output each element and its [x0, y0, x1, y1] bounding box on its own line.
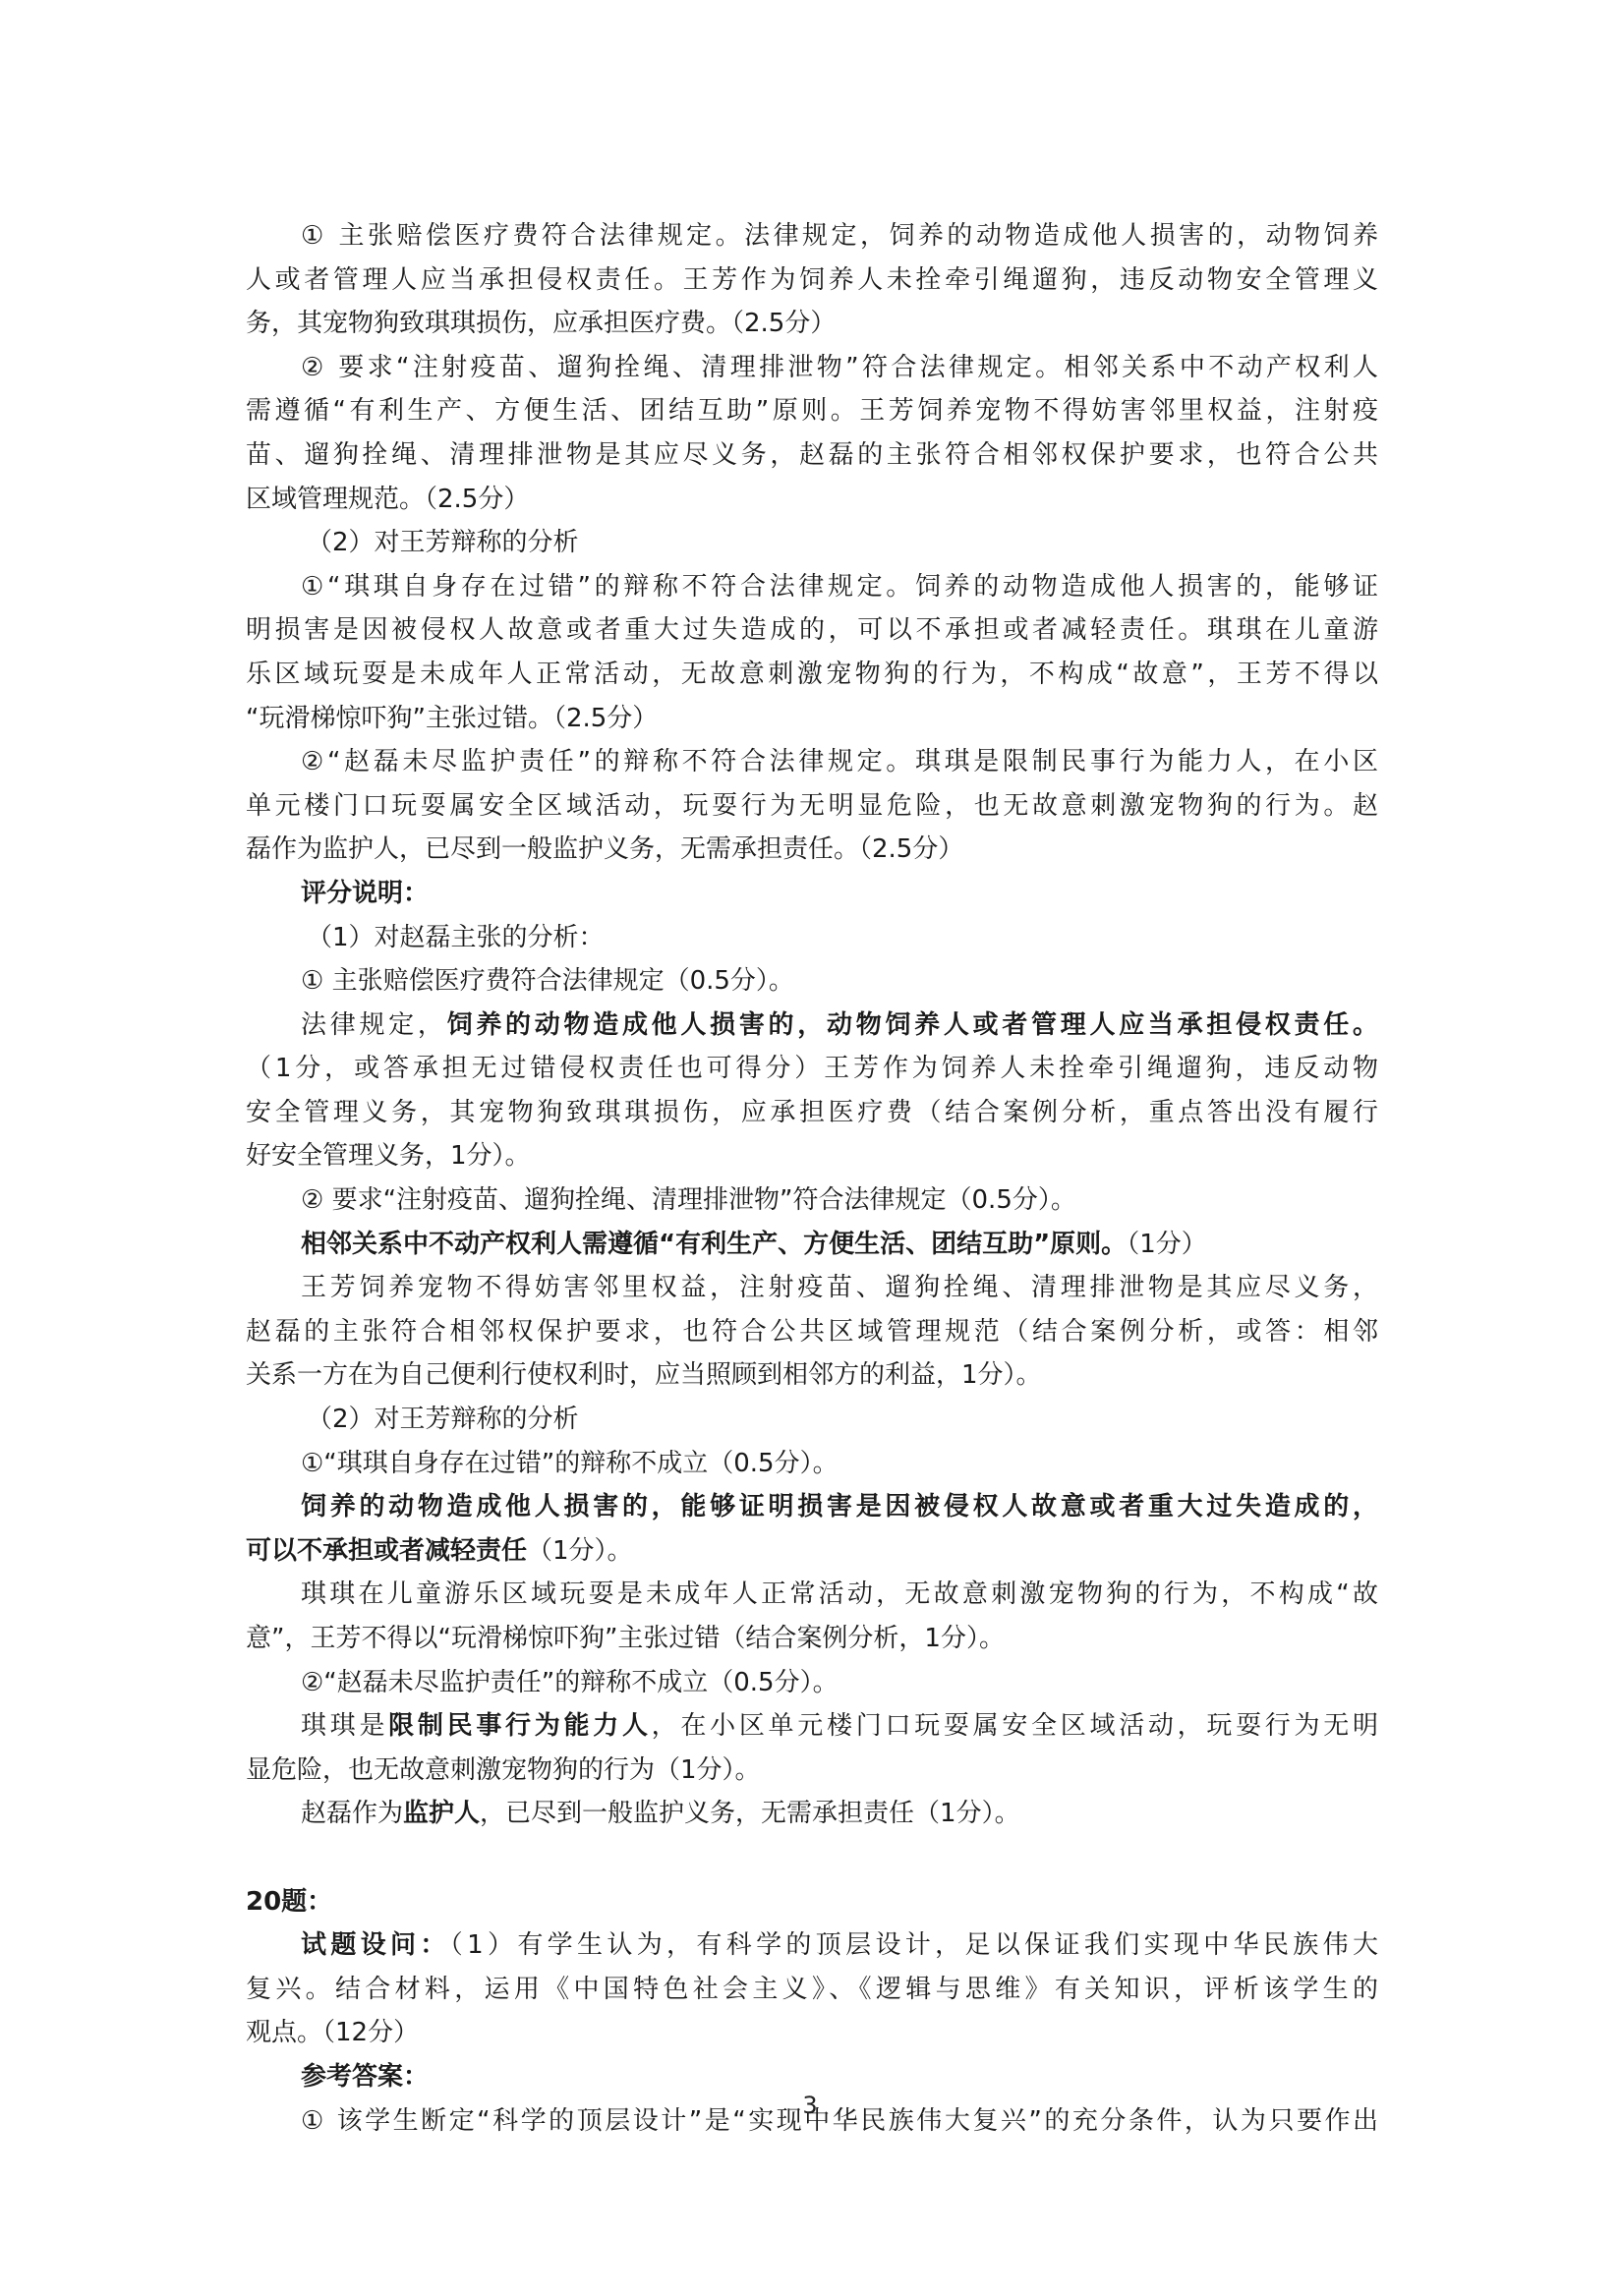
- answer-paragraph-2: ② 要求“注射疫苗、遛狗拴绳、清理排泄物”符合法律规定。相邻关系中不动产权利人 …: [246, 346, 1378, 521]
- text-line: ②“赵磊未尽监护责任”的辩称不符合法律规定。琪琪是限制民事行为能力人，在小区: [246, 740, 1378, 784]
- text-line: 王芳饲养宠物不得妨害邻里权益，注射疫苗、遛狗拴绳、清理排泄物是其应尽义务，: [246, 1266, 1378, 1310]
- text-line: ② 要求“注射疫苗、遛狗拴绳、清理排泄物”符合法律规定。相邻关系中不动产权利人: [246, 346, 1378, 390]
- text-span: ，已尽到一般监护义务，无需承担责任（1分）。: [480, 1799, 1020, 1828]
- page-number: 3: [0, 2092, 1620, 2119]
- prompt-label: 试题设问：: [301, 1930, 450, 1960]
- question-prompt: 试题设问：（1）有学生认为，有科学的顶层设计，足以保证我们实现中华民族伟大: [246, 1923, 1378, 1968]
- score-text: （1分）。: [527, 1536, 633, 1566]
- key-point-bold: 饲养的动物造成他人损害的，动物饲养人或者管理人应当承担侵权责任。: [447, 1010, 1378, 1040]
- document-page: ① 主张赔偿医疗费符合法律规定。法律规定，饲养的动物造成他人损害的，动物饲养 人…: [0, 0, 1620, 2296]
- spacer: [246, 1836, 1378, 1880]
- text-line: 安全管理义务，其宠物狗致琪琪损伤，应承担医疗费（结合案例分析，重点答出没有履行: [246, 1091, 1378, 1135]
- score-text: （1分）: [1127, 1230, 1207, 1259]
- text-line: 复兴。结合材料，运用《中国特色社会主义》、《逻辑与思维》有关知识，评析该学生的: [246, 1968, 1378, 2012]
- text-line: 需遵循“有利生产、方便生活、团结互助”原则。王芳饲养宠物不得妨害邻里权益，注射疫: [246, 389, 1378, 433]
- scoring-item: 琪琪是限制民事行为能力人，在小区单元楼门口玩耍属安全区域活动，玩耍行为无明: [246, 1704, 1378, 1749]
- text-line: （1分，或答承担无过错侵权责任也可得分）王芳作为饲养人未拴牵引绳遛狗，违反动物: [246, 1047, 1378, 1091]
- scoring-item: 赵磊作为监护人，已尽到一般监护义务，无需承担责任（1分）。: [246, 1792, 1378, 1836]
- section-heading: （2）对王芳辩称的分析: [246, 521, 1378, 565]
- text-line: 区域管理规范。（2.5分）: [246, 478, 1378, 522]
- scoring-item: ② 要求“注射疫苗、遛狗拴绳、清理排泄物”符合法律规定（0.5分）。: [246, 1178, 1378, 1223]
- key-point-bold: 监护人: [403, 1799, 480, 1828]
- text-span: ，在小区单元楼门口玩耍属安全区域活动，玩耍行为无明: [652, 1711, 1378, 1741]
- text-line: 观点。（12分）: [246, 2011, 1378, 2055]
- answer-paragraph-1: ① 主张赔偿医疗费符合法律规定。法律规定，饲养的动物造成他人损害的，动物饲养 人…: [246, 214, 1378, 346]
- question-heading: 20题：: [246, 1880, 1378, 1924]
- answer-paragraph-4: ②“赵磊未尽监护责任”的辩称不符合法律规定。琪琪是限制民事行为能力人，在小区 单…: [246, 740, 1378, 872]
- text-line: 明损害是因被侵权人故意或者重大过失造成的，可以不承担或者减轻责任。琪琪在儿童游: [246, 608, 1378, 653]
- text-line: ① 主张赔偿医疗费符合法律规定。法律规定，饲养的动物造成他人损害的，动物饲养: [246, 214, 1378, 258]
- key-point-bold: 限制民事行为能力人: [388, 1711, 652, 1741]
- scoring-subheading-2: （2）对王芳辩称的分析: [246, 1398, 1378, 1442]
- text-line: 单元楼门口玩耍属安全区域活动，玩耍行为无明显危险，也无故意刺激宠物狗的行为。赵: [246, 784, 1378, 829]
- document-body: ① 主张赔偿医疗费符合法律规定。法律规定，饲养的动物造成他人损害的，动物饲养 人…: [246, 214, 1378, 2143]
- text-line: 乐区域玩耍是未成年人正常活动，无故意刺激宠物狗的行为，不构成“故意”，王芳不得以: [246, 653, 1378, 697]
- key-point-bold: 可以不承担或者减轻责任: [246, 1536, 527, 1566]
- scoring-heading: 评分说明：: [246, 872, 1378, 916]
- text-line: 意”，王芳不得以“玩滑梯惊吓狗”主张过错（结合案例分析，1分）。: [246, 1617, 1378, 1661]
- text-line: 务，其宠物狗致琪琪损伤，应承担医疗费。（2.5分）: [246, 302, 1378, 346]
- scoring-item: 法律规定，饲养的动物造成他人损害的，动物饲养人或者管理人应当承担侵权责任。: [246, 1004, 1378, 1048]
- scoring-item: 可以不承担或者减轻责任（1分）。: [246, 1529, 1378, 1574]
- text-line: 人或者管理人应当承担侵权责任。王芳作为饲养人未拴牵引绳遛狗，违反动物安全管理义: [246, 258, 1378, 303]
- text-line: 赵磊的主张符合相邻权保护要求，也符合公共区域管理规范（结合案例分析，或答：相邻: [246, 1310, 1378, 1354]
- scoring-item: ① 主张赔偿医疗费符合法律规定（0.5分）。: [246, 959, 1378, 1004]
- text-line: 显危险，也无故意刺激宠物狗的行为（1分）。: [246, 1749, 1378, 1793]
- key-point-bold: 相邻关系中不动产权利人需遵循“有利生产、方便生活、团结互助”原则。: [301, 1230, 1127, 1259]
- text-line: ①“琪琪自身存在过错”的辩称不符合法律规定。饲养的动物造成他人损害的，能够证: [246, 565, 1378, 609]
- text-span: 赵磊作为: [301, 1799, 403, 1828]
- text-line: 关系一方在为自己便利行使权利时，应当照顾到相邻方的利益，1分）。: [246, 1353, 1378, 1398]
- scoring-item: 相邻关系中不动产权利人需遵循“有利生产、方便生活、团结互助”原则。（1分）: [246, 1223, 1378, 1267]
- key-point-bold: 饲养的动物造成他人损害的，能够证明损害是因被侵权人故意或者重大过失造成的，: [246, 1485, 1378, 1529]
- text-line: 琪琪在儿童游乐区域玩耍是未成年人正常活动，无故意刺激宠物狗的行为，不构成“故: [246, 1573, 1378, 1617]
- text-span: 琪琪是: [301, 1711, 388, 1741]
- scoring-item: ②“赵磊未尽监护责任”的辩称不成立（0.5分）。: [246, 1661, 1378, 1705]
- text-line: 磊作为监护人，已尽到一般监护义务，无需承担责任。（2.5分）: [246, 828, 1378, 872]
- scoring-subheading-1: （1）对赵磊主张的分析：: [246, 916, 1378, 960]
- scoring-item: ①“琪琪自身存在过错”的辩称不成立（0.5分）。: [246, 1442, 1378, 1486]
- text-span: 法律规定，: [301, 1010, 447, 1040]
- text-span: （1）有学生认为，有科学的顶层设计，足以保证我们实现中华民族伟大: [450, 1930, 1378, 1960]
- answer-paragraph-3: ①“琪琪自身存在过错”的辩称不符合法律规定。饲养的动物造成他人损害的，能够证 明…: [246, 565, 1378, 740]
- text-line: “玩滑梯惊吓狗”主张过错。（2.5分）: [246, 697, 1378, 741]
- text-line: 苗、遛狗拴绳、清理排泄物是其应尽义务，赵磊的主张符合相邻权保护要求，也符合公共: [246, 433, 1378, 478]
- text-line: 好安全管理义务，1分）。: [246, 1134, 1378, 1178]
